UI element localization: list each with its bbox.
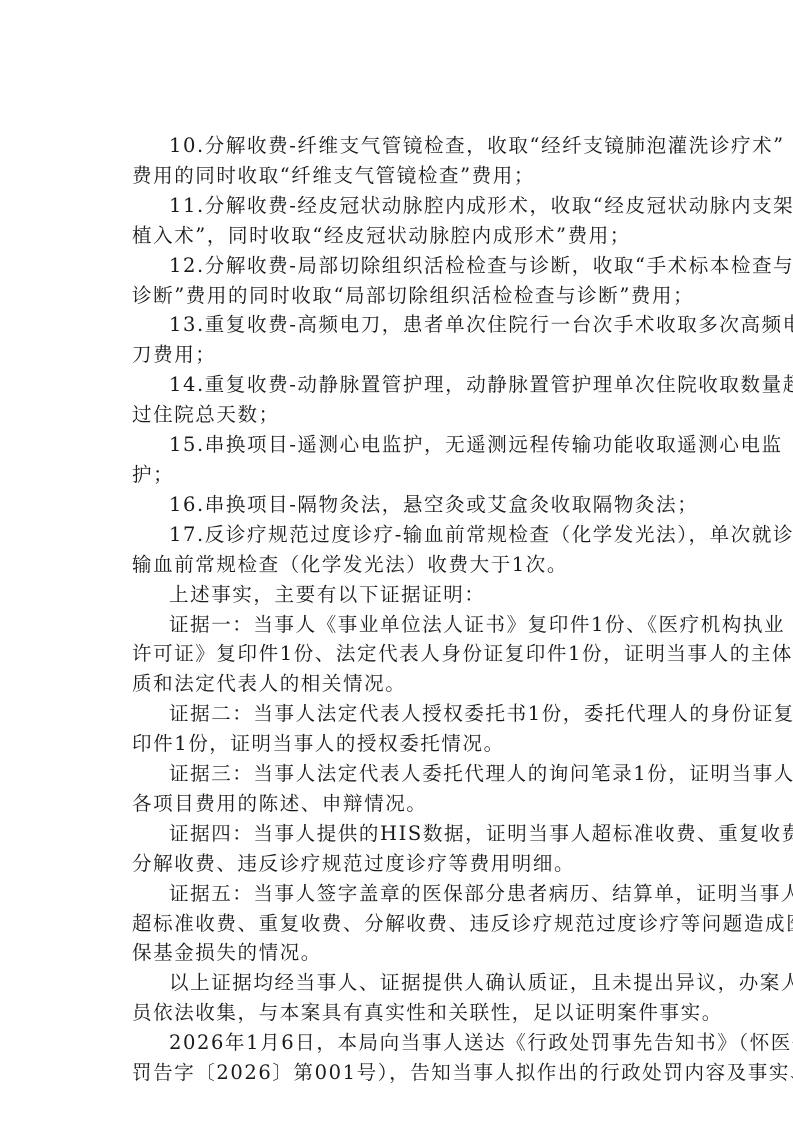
text-line: 罚告字〔2026〕第001号），告知当事人拟作出的行政处罚内容及事实、 bbox=[95, 1058, 699, 1088]
text-line: 15.串换项目-遥测心电监护，无遥测远程传输功能收取遥测心电监 bbox=[95, 430, 699, 460]
text-line: 植入术”，同时收取“经皮冠状动脉腔内成形术”费用； bbox=[95, 221, 699, 251]
text-line: 员依法收集，与本案具有真实性和关联性，足以证明案件事实。 bbox=[95, 998, 699, 1028]
document-page: 10.分解收费-纤维支气管镜检查，收取“经纤支镜肺泡灌洗诊疗术” 费用的同时收取… bbox=[95, 131, 699, 1088]
paragraph-evidence-intro: 上述事实，主要有以下证据证明： bbox=[95, 580, 699, 610]
paragraph-evidence-1: 证据一：当事人《事业单位法人证书》复印件1份、《医疗机构执业 许可证》复印件1份… bbox=[95, 610, 699, 700]
paragraph-evidence-3: 证据三：当事人法定代表人委托代理人的询问笔录1份，证明当事人 各项目费用的陈述、… bbox=[95, 759, 699, 819]
text-line: 证据四：当事人提供的HIS数据，证明当事人超标准收费、重复收费、 bbox=[95, 819, 699, 849]
text-line: 护； bbox=[95, 460, 699, 490]
text-line: 超标准收费、重复收费、分解收费、违反诊疗规范过度诊疗等问题造成医 bbox=[95, 909, 699, 939]
text-line: 保基金损失的情况。 bbox=[95, 938, 699, 968]
text-line: 过住院总天数； bbox=[95, 400, 699, 430]
text-line: 费用的同时收取“纤维支气管镜检查”费用； bbox=[95, 161, 699, 191]
text-line: 11.分解收费-经皮冠状动脉腔内成形术，收取“经皮冠状动脉内支架 bbox=[95, 191, 699, 221]
text-line: 17.反诊疗规范过度诊疗-输血前常规检查（化学发光法），单次就诊 bbox=[95, 520, 699, 550]
paragraph-item-12: 12.分解收费-局部切除组织活检检查与诊断，收取“手术标本检查与 诊断”费用的同… bbox=[95, 251, 699, 311]
text-line: 16.串换项目-隔物灸法，悬空灸或艾盒灸收取隔物灸法； bbox=[95, 490, 699, 520]
text-line: 14.重复收费-动静脉置管护理，动静脉置管护理单次住院收取数量超 bbox=[95, 370, 699, 400]
text-line: 输血前常规检查（化学发光法）收费大于1次。 bbox=[95, 550, 699, 580]
paragraph-evidence-4: 证据四：当事人提供的HIS数据，证明当事人超标准收费、重复收费、 分解收费、违反… bbox=[95, 819, 699, 879]
text-line: 以上证据均经当事人、证据提供人确认质证，且未提出异议，办案人 bbox=[95, 968, 699, 998]
paragraph-item-16: 16.串换项目-隔物灸法，悬空灸或艾盒灸收取隔物灸法； bbox=[95, 490, 699, 520]
text-line: 证据五：当事人签字盖章的医保部分患者病历、结算单，证明当事人 bbox=[95, 879, 699, 909]
paragraph-evidence-summary: 以上证据均经当事人、证据提供人确认质证，且未提出异议，办案人 员依法收集，与本案… bbox=[95, 968, 699, 1028]
text-line: 刀费用； bbox=[95, 340, 699, 370]
paragraph-item-14: 14.重复收费-动静脉置管护理，动静脉置管护理单次住院收取数量超 过住院总天数； bbox=[95, 370, 699, 430]
paragraph-evidence-2: 证据二：当事人法定代表人授权委托书1份，委托代理人的身份证复 印件1份，证明当事… bbox=[95, 699, 699, 759]
text-line: 分解收费、违反诊疗规范过度诊疗等费用明细。 bbox=[95, 849, 699, 879]
text-line: 上述事实，主要有以下证据证明： bbox=[95, 580, 699, 610]
text-line: 2026年1月6日，本局向当事人送达《行政处罚事先告知书》（怀医保 bbox=[95, 1028, 699, 1058]
text-line: 印件1份，证明当事人的授权委托情况。 bbox=[95, 729, 699, 759]
text-line: 证据三：当事人法定代表人委托代理人的询问笔录1份，证明当事人 bbox=[95, 759, 699, 789]
paragraph-item-10: 10.分解收费-纤维支气管镜检查，收取“经纤支镜肺泡灌洗诊疗术” 费用的同时收取… bbox=[95, 131, 699, 191]
text-line: 12.分解收费-局部切除组织活检检查与诊断，收取“手术标本检查与 bbox=[95, 251, 699, 281]
text-line: 质和法定代表人的相关情况。 bbox=[95, 669, 699, 699]
text-line: 各项目费用的陈述、申辩情况。 bbox=[95, 789, 699, 819]
text-line: 证据一：当事人《事业单位法人证书》复印件1份、《医疗机构执业 bbox=[95, 610, 699, 640]
text-line: 诊断”费用的同时收取“局部切除组织活检检查与诊断”费用； bbox=[95, 281, 699, 311]
paragraph-item-13: 13.重复收费-高频电刀，患者单次住院行一台次手术收取多次高频电 刀费用； bbox=[95, 310, 699, 370]
text-line: 许可证》复印件1份、法定代表人身份证复印件1份，证明当事人的主体资 bbox=[95, 639, 699, 669]
paragraph-notice: 2026年1月6日，本局向当事人送达《行政处罚事先告知书》（怀医保 罚告字〔20… bbox=[95, 1028, 699, 1088]
text-line: 证据二：当事人法定代表人授权委托书1份，委托代理人的身份证复 bbox=[95, 699, 699, 729]
paragraph-item-17: 17.反诊疗规范过度诊疗-输血前常规检查（化学发光法），单次就诊 输血前常规检查… bbox=[95, 520, 699, 580]
text-line: 13.重复收费-高频电刀，患者单次住院行一台次手术收取多次高频电 bbox=[95, 310, 699, 340]
paragraph-item-15: 15.串换项目-遥测心电监护，无遥测远程传输功能收取遥测心电监 护； bbox=[95, 430, 699, 490]
text-line: 10.分解收费-纤维支气管镜检查，收取“经纤支镜肺泡灌洗诊疗术” bbox=[95, 131, 699, 161]
paragraph-item-11: 11.分解收费-经皮冠状动脉腔内成形术，收取“经皮冠状动脉内支架 植入术”，同时… bbox=[95, 191, 699, 251]
paragraph-evidence-5: 证据五：当事人签字盖章的医保部分患者病历、结算单，证明当事人 超标准收费、重复收… bbox=[95, 879, 699, 969]
